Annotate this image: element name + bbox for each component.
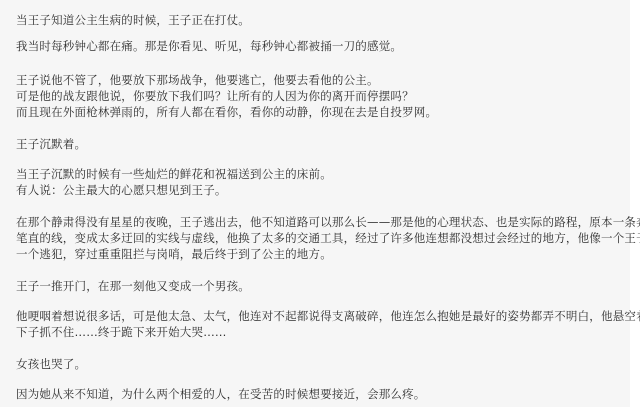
paragraph-line: 我当时每秒钟心都在痛。那是你看见、听见，每秒钟心都被捅一刀的感觉。 <box>16 38 402 54</box>
paragraph-line: 下子抓不住……终于跪下来开始大哭…… <box>16 324 227 340</box>
paragraph-line: 可是他的战友跟他说，你要放下我们吗？让所有的人因为你的离开而停摆吗？ <box>16 88 414 104</box>
paragraph-line: 有人说：公主最大的心愿只想见到王子。 <box>16 182 227 198</box>
paragraph-line: 一个逃犯，穿过重重阻拦与岗哨，最后终于到了公主的地方。 <box>16 246 332 262</box>
paragraph-line: 当王子沉默的时候有一些灿烂的鲜花和祝福送到公主的床前。 <box>16 166 332 182</box>
paragraph-line: 因为她从来不知道，为什么两个相爱的人，在受苦的时候想要接近，会那么疼。 <box>16 386 426 402</box>
paragraph-line: 笔直的线，变成太多迂回的实线与虚线，他换了太多的交通工具，经过了许多他连想都没想… <box>16 230 640 246</box>
paragraph-line: 王子一推开门，在那一刻他又变成一个男孩。 <box>16 278 250 294</box>
article-panel: 当王子知道公主生病的时候，王子正在打仗。 我当时每秒钟心都在痛。那是你看见、听见… <box>0 0 630 407</box>
paragraph-line: 而且现在外面枪林弹雨的，所有人都在看你，看你的动静，你现在去是自投罗网。 <box>16 104 437 120</box>
paragraph-line: 在那个静肃得没有星星的夜晚，王子逃出去，他不知道路可以那么长——那是他的心理状态… <box>16 214 640 230</box>
paragraph-line: 他哽咽着想说很多话，可是他太急、太气，他连对不起都说得支离破碎，他连怎么抱她是最… <box>16 308 640 324</box>
paragraph-line: 王子说他不管了，他要放下那场战争，他要逃亡，他要去看他的公主。 <box>16 72 379 88</box>
paragraph-line: 当王子知道公主生病的时候，王子正在打仗。 <box>16 12 250 28</box>
paragraph-line: 女孩也哭了。 <box>16 356 86 372</box>
paragraph-line: 王子沉默着。 <box>16 136 86 152</box>
